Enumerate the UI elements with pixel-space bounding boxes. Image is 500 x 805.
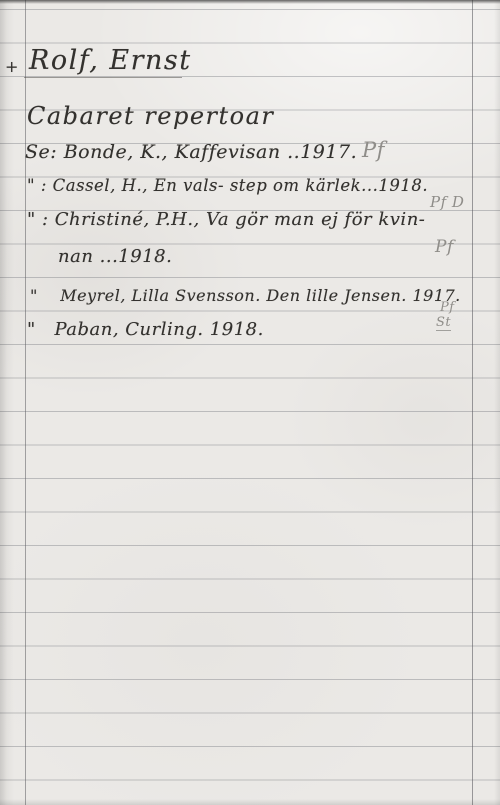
entry-line: " : Christiné, P.H., Va gör man ej för k…: [27, 209, 425, 230]
scan-edge-top: [0, 0, 500, 4]
scan-edge-left: [0, 0, 14, 805]
pencil-annotation: Pf D: [430, 193, 464, 211]
scan-edge-right: [494, 0, 500, 805]
right-margin-rule: [472, 0, 473, 805]
heading-underline: [24, 77, 182, 78]
margin-plus-mark: +: [5, 57, 19, 76]
pencil-annotation: Pf: [440, 300, 455, 315]
pencil-annotation: Pf: [362, 138, 385, 162]
pencil-annotation: Pf: [435, 237, 454, 257]
entry-line: " : Cassel, H., En vals- step om kärlek.…: [27, 176, 428, 195]
entry-line: " Meyrel, Lilla Svensson. Den lille Jens…: [30, 286, 461, 305]
entry-line: " Paban, Curling. 1918.: [27, 319, 264, 340]
entry-line: Se: Bonde, K., Kaffevisan ..1917.: [25, 141, 357, 163]
pencil-annotation: St: [436, 315, 451, 331]
entry-continuation-line: nan ...1918.: [58, 246, 172, 267]
scanned-card: + Rolf, Ernst Cabaret repertoar Se: Bond…: [0, 0, 500, 805]
scan-edge-bottom: [0, 799, 500, 805]
card-subheading: Cabaret repertoar: [27, 102, 274, 130]
left-margin-rule: [25, 0, 26, 805]
card-heading: Rolf, Ernst: [29, 45, 192, 76]
